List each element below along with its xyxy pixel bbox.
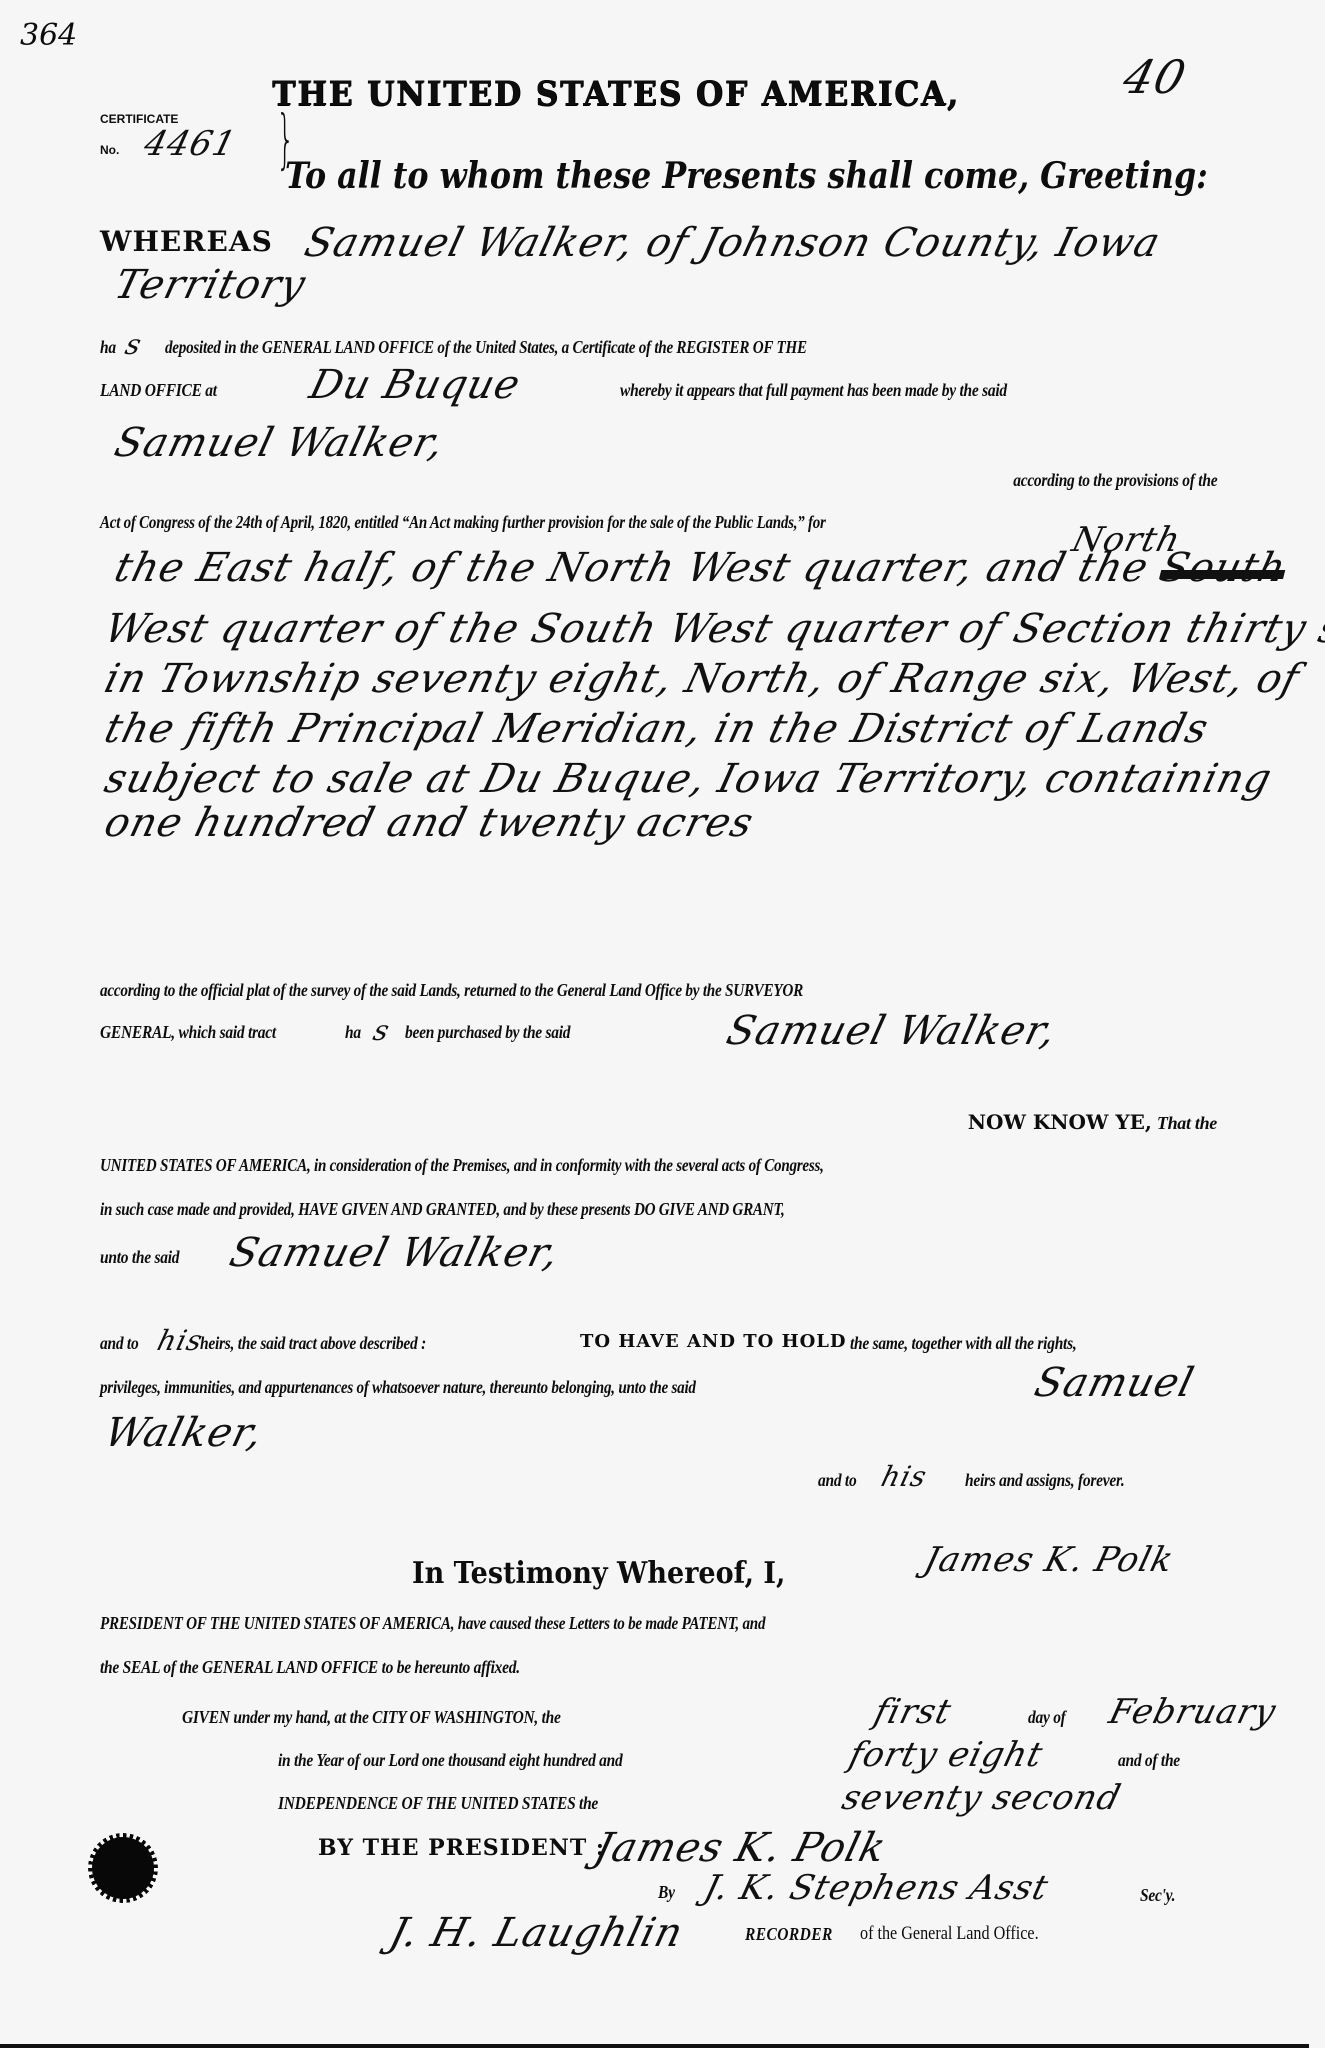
survey-has-suffix: s — [370, 1014, 394, 1047]
testimony-line1: PRESIDENT OF THE UNITED STATES OF AMERIC… — [100, 1613, 765, 1634]
habendum-line1-end: the same, together with all the rights, — [850, 1333, 1076, 1354]
now-know-ye-line: NOW KNOW YE, That the — [968, 1110, 1217, 1135]
payer-name: Samuel Walker, — [110, 420, 449, 466]
to-have-and-to-hold: TO HAVE AND TO HOLD — [580, 1331, 847, 1352]
given-line2-prefix: in the Year of our Lord one thousand eig… — [278, 1750, 622, 1771]
survey-line2-prefix: GENERAL, which said tract — [100, 1022, 276, 1043]
act-line: Act of Congress of the 24th of April, 18… — [100, 512, 826, 533]
given-and-of-the: and of the — [1118, 1750, 1180, 1771]
given-line3-prefix: INDEPENDENCE OF THE UNITED STATES the — [278, 1793, 598, 1814]
unto-the-said: unto the said — [100, 1247, 179, 1268]
grantee-name-line2: Territory — [110, 262, 311, 308]
independence-year: seventy second — [838, 1778, 1125, 1818]
certificate-number: 4461 — [140, 124, 241, 164]
page-number: 364 — [20, 18, 77, 53]
secretary-title: Sec'y. — [1140, 1885, 1175, 1906]
grantee-name: Samuel Walker, — [225, 1230, 564, 1276]
inserted-word: North — [1068, 520, 1185, 560]
habendum-line2: privileges, immunities, and appurtenance… — [100, 1377, 696, 1398]
land-description-line: West quarter of the South West quarter o… — [100, 606, 1325, 652]
deposit-line1: deposited in the GENERAL LAND OFFICE of … — [165, 337, 807, 358]
whereas-label: WHEREAS — [100, 225, 273, 258]
grantee-last-name: Walker, — [100, 1410, 268, 1456]
habendum-pronoun: his — [154, 1324, 207, 1357]
given-year: forty eight — [845, 1735, 1047, 1775]
land-description-line: subject to sale at Du Buque, Iowa Territ… — [100, 756, 1277, 802]
land-description-line: in Township seventy eight, North, of Ran… — [100, 656, 1304, 702]
habendum-and-to: and to — [100, 1333, 138, 1354]
given-day: first — [870, 1692, 956, 1732]
certificate-number-label: No. — [100, 143, 119, 157]
land-description-line: one hundred and twenty acres — [100, 800, 758, 846]
deposit-has-suffix: s — [122, 328, 146, 361]
secretary-signature: J. K. Stephens Asst — [700, 1868, 1053, 1908]
land-office-location: Du Buque — [305, 362, 525, 408]
closing-pronoun: his — [878, 1460, 931, 1493]
president-signature-testimony: James K. Polk — [920, 1540, 1178, 1580]
survey-line2-mid: been purchased by the said — [405, 1022, 570, 1043]
closing-and-to: and to — [818, 1470, 856, 1491]
given-day-of: day of — [1028, 1707, 1066, 1728]
closing-tail: heirs and assigns, forever. — [965, 1470, 1124, 1491]
testimony-label: In Testimony Whereof, I, — [412, 1556, 785, 1591]
given-line1-prefix: GIVEN under my hand, at the CITY OF WASH… — [182, 1707, 561, 1728]
president-signature: James K. Polk — [590, 1825, 891, 1871]
grantee-first-name: Samuel — [1030, 1360, 1199, 1406]
given-month: February — [1105, 1692, 1280, 1732]
provisions-line: according to the provisions of the — [1013, 470, 1217, 491]
handwritten-mark: 40 — [1118, 50, 1192, 104]
bottom-border-rule — [0, 2044, 1309, 2048]
grant-line2: in such case made and provided, HAVE GIV… — [100, 1199, 785, 1220]
deposit-has-prefix: ha — [100, 337, 116, 358]
purchaser-name: Samuel Walker, — [722, 1008, 1061, 1054]
recorder-title: RECORDER — [745, 1924, 833, 1945]
grantee-name-line1: Samuel Walker, of Johnson County, Iowa — [300, 220, 1165, 266]
document-title: THE UNITED STATES OF AMERICA, — [272, 74, 960, 114]
habendum-line1-tail: heirs, the said tract above described : — [200, 1333, 426, 1354]
recorder-signature: J. H. Laughlin — [385, 1910, 688, 1956]
by-label: By — [658, 1882, 675, 1903]
survey-has-prefix: ha — [345, 1022, 361, 1043]
recorder-tail: of the General Land Office. — [860, 1923, 1039, 1945]
by-the-president: BY THE PRESIDENT : — [318, 1835, 605, 1861]
grant-line1: UNITED STATES OF AMERICA, in considerati… — [100, 1155, 824, 1176]
land-description-line: the fifth Principal Meridian, in the Dis… — [100, 706, 1213, 752]
survey-line1: according to the official plat of the su… — [100, 980, 803, 1001]
deposit-line2-tail: whereby it appears that full payment has… — [620, 380, 1007, 401]
land-office-label: LAND OFFICE at — [100, 380, 217, 401]
seal-icon — [95, 1840, 151, 1896]
testimony-line2: the SEAL of the GENERAL LAND OFFICE to b… — [100, 1657, 520, 1678]
greeting: To all to whom these Presents shall come… — [285, 155, 1208, 197]
